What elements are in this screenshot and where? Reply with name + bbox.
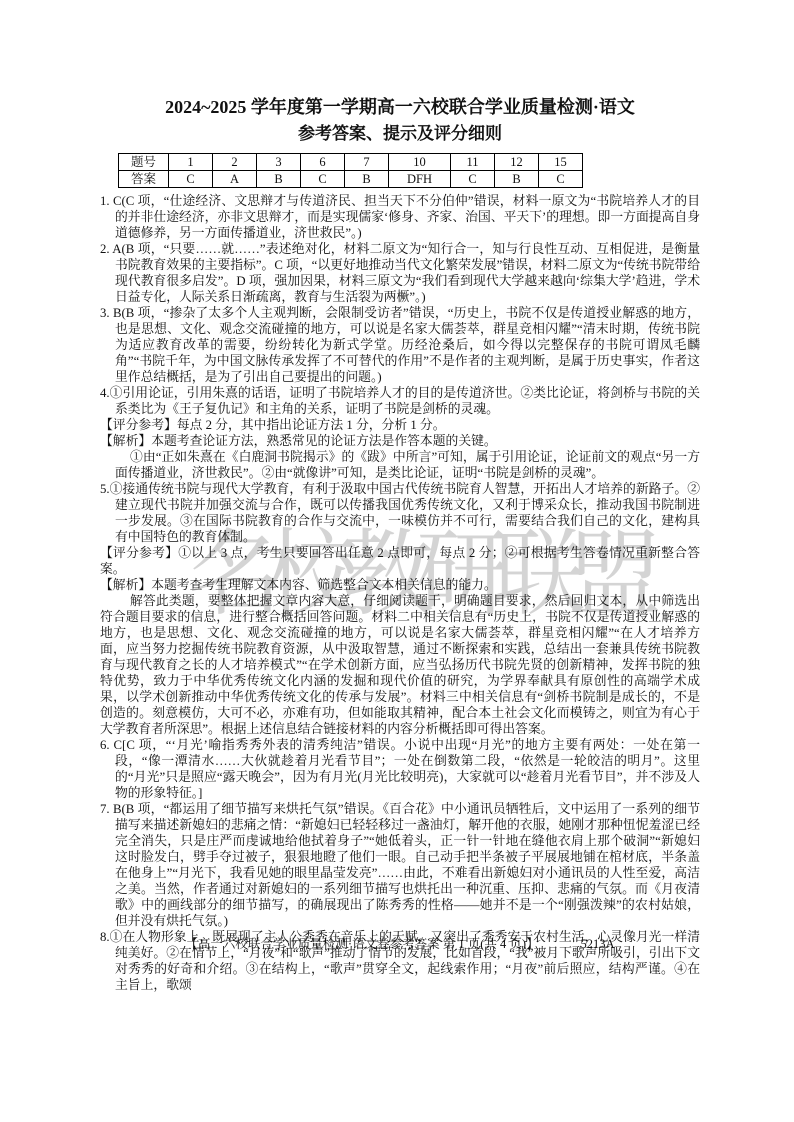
answer-cell: B — [495, 171, 539, 188]
scoring-note-5: 【评分参考】①以上 3 点，考生只要回答出任意 2 点即可，每点 2 分；②可根… — [100, 545, 700, 577]
footer-paper-code: 5213A — [581, 936, 615, 952]
analysis-note-4: 【解析】本题考查论证方法，熟悉常见的论证方法是作答本题的关键。 — [100, 433, 700, 449]
analysis-detail-5: 解答此类题，要整体把握文章内容大意，仔细阅读题干，明确题目要求，然后回归文本，从… — [100, 593, 700, 737]
question-number-cell: 7 — [345, 154, 389, 171]
answer-item-5: 5.①接通传统书院与现代大学教育，有利于汲取中国古代传统书院育人智慧，开拓出人才… — [100, 481, 700, 545]
question-number-cell: 12 — [495, 154, 539, 171]
answer-item-2: 2. A(B 项，“只要……就……”表述绝对化，材料二原文为“知行合一，知与行良… — [100, 241, 700, 305]
answer-item-7: 7. B(B 项，“都运用了细节描写来烘托气氛”错误。《百合花》中小通讯员牺牲后… — [100, 801, 700, 929]
answer-cell: B — [345, 171, 389, 188]
answer-cell: C — [539, 171, 583, 188]
answer-cell: C — [169, 171, 213, 188]
question-number-cell: 10 — [389, 154, 451, 171]
answer-cell: C — [451, 171, 495, 188]
question-number-cell: 1 — [169, 154, 213, 171]
page-footer: 【高一六校联合学业质量检测·语文卷参考答案 第 1 页(共 4 页)】 5213… — [100, 936, 700, 952]
footer-page-label: 【高一六校联合学业质量检测·语文卷参考答案 第 1 页(共 4 页)】 — [185, 936, 538, 952]
answer-item-3: 3. B(B 项，“掺杂了太多个人主观判断，会限制受访者”错误，“历史上，书院不… — [100, 305, 700, 385]
question-number-cell: 3 — [257, 154, 301, 171]
question-number-row: 题号 1236710111215 — [119, 154, 583, 171]
answer-explanations: 1. C(C 项，“仕途经济、文思辩才与传道济民、担当天下不分伯仲”错误，材料一… — [100, 193, 700, 993]
answer-item-1: 1. C(C 项，“仕途经济、文思辩才与传道济民、担当天下不分伯仲”错误，材料一… — [100, 193, 700, 241]
analysis-detail-4: ①由“正如朱熹在《白鹿洞书院揭示》的《跋》中所言”可知，属于引用论证，论证前文的… — [100, 449, 700, 481]
question-number-cell: 6 — [301, 154, 345, 171]
row-header-question: 题号 — [119, 154, 169, 171]
answer-cell: A — [213, 171, 257, 188]
exam-title: 2024~2025 学年度第一学期高一六校联合学业质量检测·语文 — [100, 95, 700, 119]
question-number-cell: 2 — [213, 154, 257, 171]
answer-row: 答案 CABCBDFHCBC — [119, 171, 583, 188]
question-number-cell: 11 — [451, 154, 495, 171]
answer-table: 题号 1236710111215 答案 CABCBDFHCBC — [118, 153, 583, 188]
scoring-note-4: 【评分参考】每点 2 分，其中指出论证方法 1 分，分析 1 分。 — [100, 417, 700, 433]
document-page: 名校教研联盟 2024~2025 学年度第一学期高一六校联合学业质量检测·语文 … — [0, 0, 794, 1122]
answer-cell: DFH — [389, 171, 451, 188]
row-header-answer: 答案 — [119, 171, 169, 188]
answer-key-subtitle: 参考答案、提示及评分细则 — [100, 122, 700, 145]
page-content: 2024~2025 学年度第一学期高一六校联合学业质量检测·语文 参考答案、提示… — [100, 95, 700, 993]
answer-cell: B — [257, 171, 301, 188]
answer-item-4: 4.①引用论证，引用朱熹的话语，证明了书院培养人才的目的是传道济世。②类比论证，… — [100, 385, 700, 417]
answer-item-6: 6. C[C 项，“‘月光’喻指秀秀外表的清秀纯洁”错误。小说中出现“月光”的地… — [100, 737, 700, 801]
analysis-note-5: 【解析】本题考查考生理解文本内容、筛选整合文本相关信息的能力。 — [100, 577, 700, 593]
answer-cell: C — [301, 171, 345, 188]
question-number-cell: 15 — [539, 154, 583, 171]
